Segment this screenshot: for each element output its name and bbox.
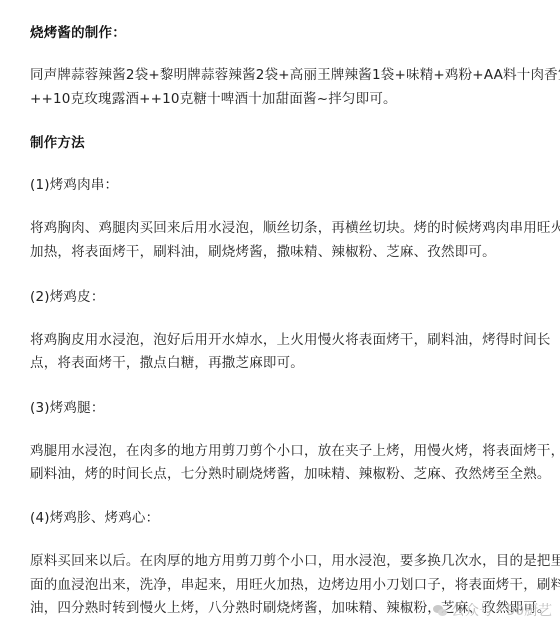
step-4-line-1: 原料买回来以后。在肉厚的地方用剪刀剪个小口，用水浸泡，要多换几次水，目的是把里	[30, 551, 560, 571]
watermark: 公众号 · 90厨艺	[433, 600, 552, 620]
step-2-line-2: 点，将表面烤干，撒点白糖，再撒芝麻即可。	[30, 353, 304, 373]
step-1-title: (1)烤鸡肉串：	[30, 175, 118, 195]
sauce-recipe-line-1: 同声牌蒜蓉辣酱2袋+黎明牌蒜蓉辣酱2袋+高丽王牌辣酱1袋+味精+鸡粉+AA料十肉…	[30, 65, 560, 85]
step-1-line-2: 加热，将表面烤干，刷料油，刷烧烤酱，撒味精、辣椒粉、芝麻、孜然即可。	[30, 242, 496, 262]
step-2-title: (2)烤鸡皮：	[30, 287, 105, 307]
sauce-recipe-line-2: ++10克玫瑰露酒++10克糖十啤酒十加甜面酱~拌匀即可。	[30, 89, 397, 109]
step-3-line-2: 刷料油，烤的时间长点，七分熟时刷烧烤酱，加味精、辣椒粉、芝麻、孜然烤至全熟。	[30, 464, 551, 484]
sauce-section-title: 烧烤酱的制作：	[30, 23, 126, 43]
watermark-text: 公众号 · 90厨艺	[451, 600, 552, 620]
step-2-line-1: 将鸡胸皮用水浸泡，泡好后用开水焯水，上火用慢火将表面烤干，刷料油，烤得时间长	[30, 330, 551, 350]
step-4-title: (4)烤鸡胗、烤鸡心：	[30, 508, 159, 528]
step-4-line-2: 面的血浸泡出来，洗净，串起来，用旺火加热，边烤边用小刀划口子，将表面烤干，刷料	[30, 575, 560, 595]
step-1-line-1: 将鸡胸肉、鸡腿肉买回来后用水浸泡，顺丝切条，再横丝切块。烤的时候烤鸡肉串用旺火	[30, 218, 560, 238]
step-3-title: (3)烤鸡腿：	[30, 398, 105, 418]
step-3-line-1: 鸡腿用水浸泡，在肉多的地方用剪刀剪个小口，放在夹子上烤，用慢火烤，将表面烤干，	[30, 441, 560, 461]
wechat-icon	[433, 605, 447, 616]
method-section-title: 制作方法	[30, 133, 85, 153]
